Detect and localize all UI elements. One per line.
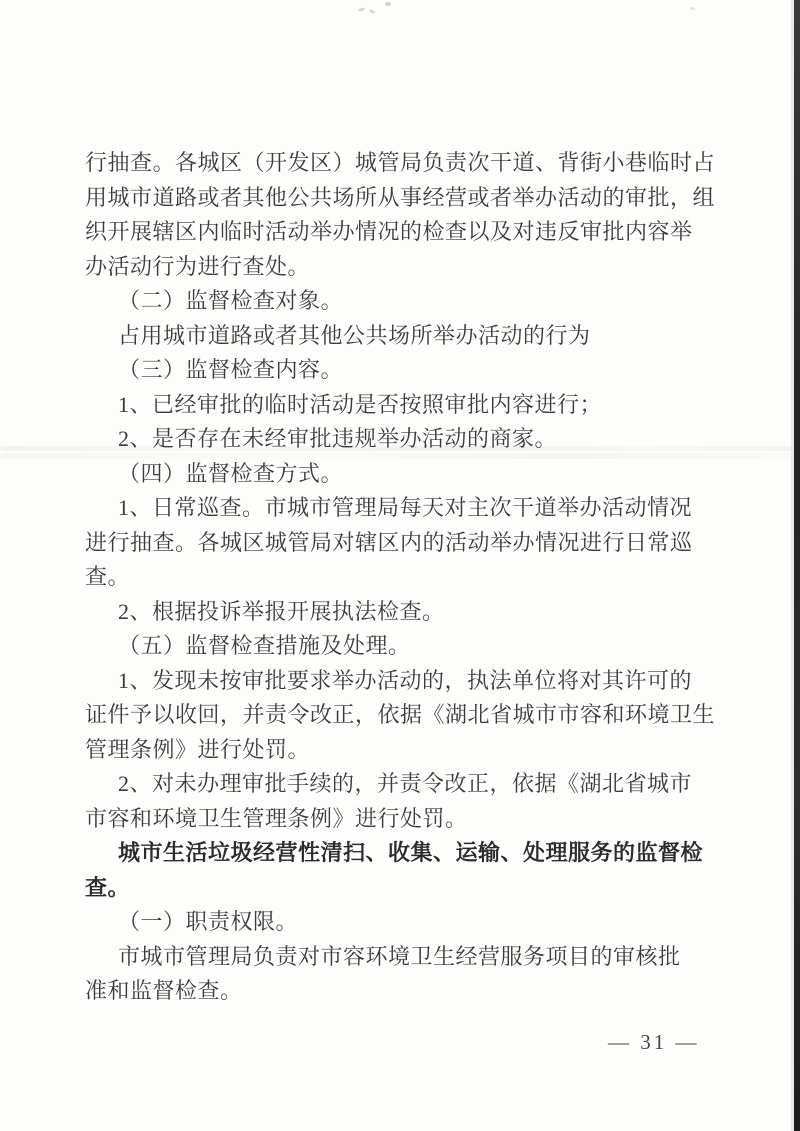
text-line: 占用城市道路或者其他公共场所举办活动的行为 <box>85 319 725 354</box>
text-line: 2、是否存在未经审批违规举办活动的商家。 <box>85 422 725 457</box>
text-line: 市容和环境卫生管理条例》进行处罚。 <box>85 802 725 837</box>
scan-speck-artifact <box>385 2 391 6</box>
document-body: 行抽查。各城区（开发区）城管局负责次干道、背街小巷临时占用城市道路或者其他公共场… <box>85 146 725 1009</box>
scanned-document-page: 行抽查。各城区（开发区）城管局负责次干道、背街小巷临时占用城市道路或者其他公共场… <box>0 0 800 1131</box>
text-line: 市城市管理局负责对市容环境卫生经营服务项目的审核批 <box>85 940 725 975</box>
text-line: 1、发现未按审批要求举办活动的，执法单位将对其许可的 <box>85 664 725 699</box>
text-line: 管理条例》进行处罚。 <box>85 733 725 768</box>
scan-speck-artifact <box>358 7 366 12</box>
text-line: 查。 <box>85 560 725 595</box>
text-line: 办活动行为进行查处。 <box>85 250 725 285</box>
text-line: 用城市道路或者其他公共场所从事经营或者举办活动的审批，组 <box>85 181 725 216</box>
text-line: 证件予以收回，并责令改正，依据《湖北省城市市容和环境卫生 <box>85 698 725 733</box>
text-line: （一）职责权限。 <box>85 905 725 940</box>
text-line: 2、根据投诉举报开展执法检查。 <box>85 595 725 630</box>
text-line: 进行抽查。各城区城管局对辖区内的活动举办情况进行日常巡 <box>85 526 725 561</box>
page-edge-strip <box>794 0 800 1131</box>
scan-speck-artifact <box>690 7 695 10</box>
text-line: 1、已经审批的临时活动是否按照审批内容进行； <box>85 388 725 423</box>
text-line: （二）监督检查对象。 <box>85 284 725 319</box>
text-line: （五）监督检查措施及处理。 <box>85 629 725 664</box>
text-line: 行抽查。各城区（开发区）城管局负责次干道、背街小巷临时占 <box>85 146 725 181</box>
text-line: 查。 <box>85 871 725 906</box>
text-line: 准和监督检查。 <box>85 974 725 1009</box>
text-line: 2、对未办理审批手续的，并责令改正，依据《湖北省城市 <box>85 767 725 802</box>
text-line: （三）监督检查内容。 <box>85 353 725 388</box>
page-number: — 31 — <box>608 1030 700 1055</box>
text-line: （四）监督检查方式。 <box>85 457 725 492</box>
text-line: 城市生活垃圾经营性清扫、收集、运输、处理服务的监督检 <box>85 836 725 871</box>
scan-speck-artifact <box>369 9 376 14</box>
text-line: 1、日常巡查。市城市管理局每天对主次干道举办活动情况 <box>85 491 725 526</box>
text-line: 织开展辖区内临时活动举办情况的检查以及对违反审批内容举 <box>85 215 725 250</box>
